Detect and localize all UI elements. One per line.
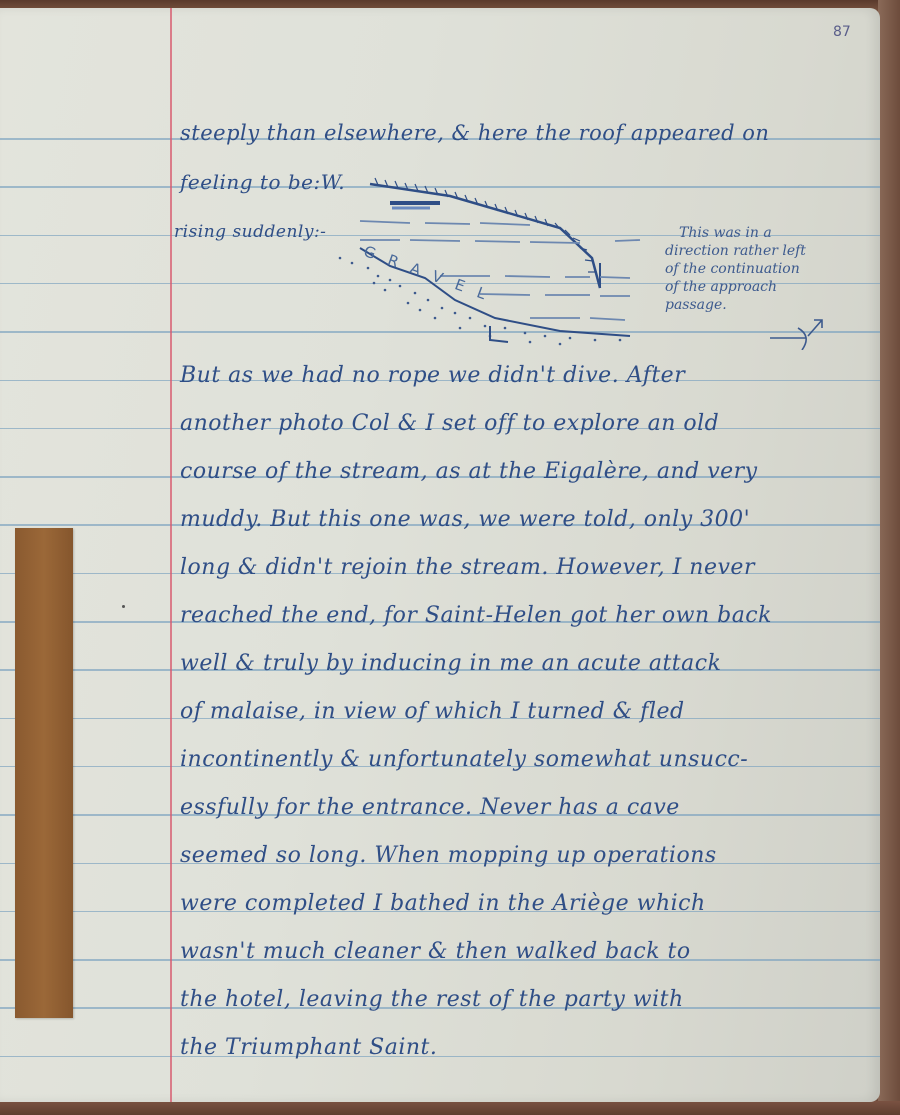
- text-line: reached the end, for Saint-Helen got her…: [180, 603, 772, 628]
- wood-background-bottom: [0, 1101, 900, 1115]
- text-line: the hotel, leaving the rest of the party…: [180, 987, 684, 1012]
- text-line: feeling to be:W.: [180, 170, 345, 194]
- text-line: rising suddenly:-: [174, 222, 326, 242]
- ink-dot: [122, 605, 125, 608]
- text-line: well & truly by inducing in me an acute …: [180, 651, 721, 676]
- text-line: wasn't much cleaner & then walked back t…: [180, 939, 691, 964]
- sketch-note: This was in a direction rather left of t…: [665, 224, 806, 314]
- text-line: the Triumphant Saint.: [180, 1035, 437, 1060]
- ruled-line: [0, 1056, 880, 1058]
- text-line: another photo Col & I set off to explore…: [180, 411, 719, 436]
- text-line: course of the stream, as at the Eigalère…: [180, 459, 758, 484]
- text-line: incontinently & unfortunately somewhat u…: [180, 747, 748, 772]
- sketch-note-line: direction rather left: [665, 242, 806, 260]
- text-line: muddy. But this one was, we were told, o…: [180, 507, 750, 532]
- text-line: steeply than elsewhere, & here the roof …: [180, 121, 769, 145]
- text-line: seemed so long. When mopping up operatio…: [180, 843, 717, 868]
- arrow-right-up-icon: [768, 310, 828, 350]
- text-line: essfully for the entrance. Never has a c…: [180, 795, 680, 820]
- notebook-page: 87: [0, 8, 880, 1102]
- sketch-note-line: This was in a: [665, 224, 806, 242]
- text-line: But as we had no rope we didn't dive. Af…: [180, 363, 685, 388]
- wood-background-right: [878, 0, 900, 1115]
- sketch-note-line: of the approach: [665, 278, 806, 296]
- sketch-note-line: of the continuation: [665, 260, 806, 278]
- tape-strip: [15, 528, 73, 1018]
- page-number: 87: [833, 24, 851, 40]
- text-line: long & didn't rejoin the stream. However…: [180, 555, 755, 580]
- text-line: of malaise, in view of which I turned & …: [180, 699, 685, 724]
- margin-line: [170, 8, 172, 1102]
- text-line: were completed I bathed in the Ariège wh…: [180, 891, 706, 916]
